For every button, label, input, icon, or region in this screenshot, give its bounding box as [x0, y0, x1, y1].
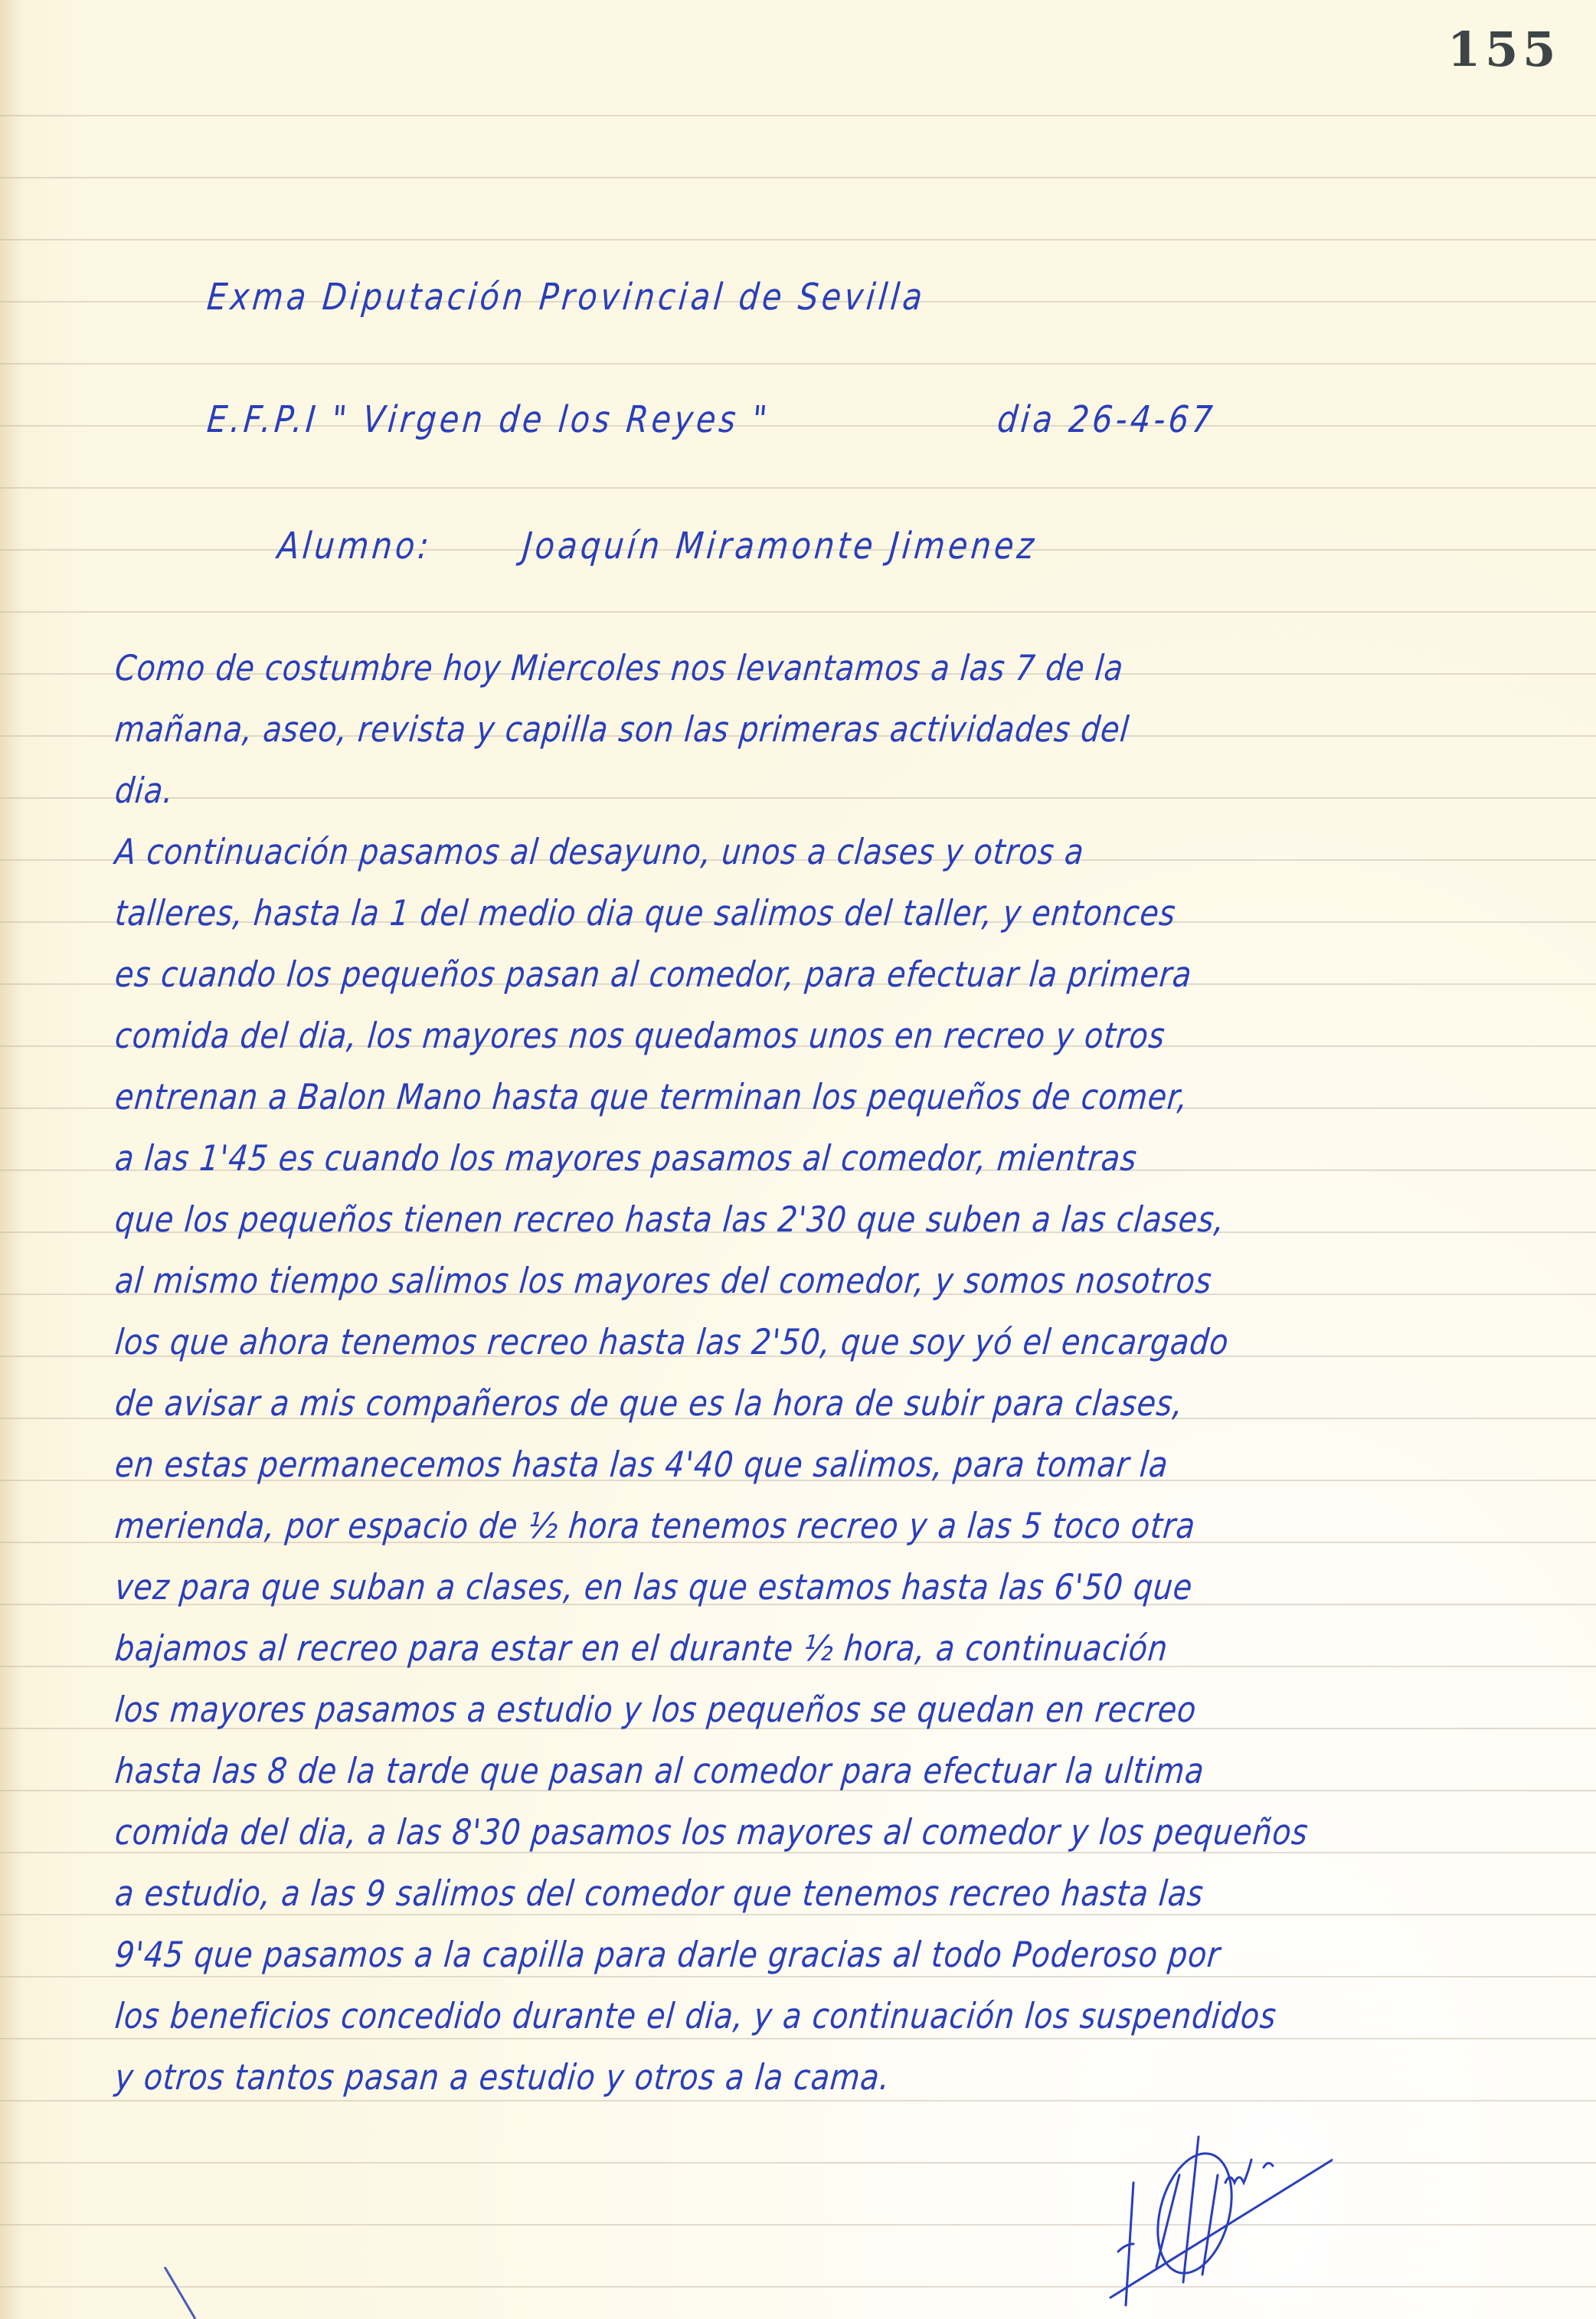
diary-line: a las 1'45 es cuando los mayores pasamos… — [113, 1137, 1139, 1179]
diary-line: 9'45 que pasamos a la capilla para darle… — [113, 1934, 1222, 1975]
diary-line: vez para que suban a clases, en las que … — [113, 1566, 1195, 1608]
document-date: dia 26-4-67 — [996, 398, 1218, 441]
diary-line: que los pequeños tienen recreo hasta las… — [113, 1199, 1227, 1240]
diary-line: los beneficios concedido durante el dia,… — [113, 1995, 1278, 2036]
pen-mark — [0, 2267, 199, 2319]
ruled-line — [0, 1976, 1596, 1977]
ruled-line — [0, 2224, 1596, 2226]
ruled-line — [0, 611, 1596, 613]
ruled-line — [0, 177, 1596, 178]
school-name: E.F.P.I " Virgen de los Reyes " — [205, 398, 772, 441]
diary-line: A continuación pasamos al desayuno, unos… — [113, 831, 1086, 872]
ruled-line — [0, 239, 1596, 240]
diary-line: merienda, por espacio de ½ hora tenemos … — [113, 1505, 1197, 1546]
institution-heading: Exma Diputación Provincial de Sevilla — [205, 276, 927, 319]
diary-line: de avisar a mis compañeros de que es la … — [113, 1382, 1185, 1424]
page-number: 155 — [1447, 21, 1560, 77]
diary-line: Como de costumbre hoy Miercoles nos leva… — [113, 647, 1126, 689]
diary-line: y otros tantos pasan a estudio y otros a… — [113, 2056, 892, 2098]
ruled-line — [0, 2162, 1596, 2164]
diary-line: mañana, aseo, revista y capilla son las … — [113, 708, 1131, 750]
diary-line: es cuando los pequeños pasan al comedor,… — [113, 953, 1194, 995]
student-label: Alumno: — [276, 525, 434, 567]
ruled-line — [0, 363, 1596, 365]
ruled-line — [0, 1914, 1596, 1915]
ruled-line — [0, 2286, 1596, 2288]
diary-line: entrenan a Balon Mano hasta que terminan… — [113, 1076, 1190, 1117]
ruled-line — [0, 115, 1596, 116]
diary-line: a estudio, a las 9 salimos del comedor q… — [113, 1873, 1205, 1914]
signature — [1103, 2129, 1333, 2313]
ruled-line — [0, 2038, 1596, 2039]
diary-line: bajamos al recreo para estar en el duran… — [113, 1627, 1169, 1669]
ruled-line — [0, 487, 1596, 489]
diary-line: dia. — [113, 770, 175, 811]
document-page: 155 Exma Diputación Provincial de Sevill… — [0, 0, 1596, 2319]
diary-line: en estas permanecemos hasta las 4'40 que… — [113, 1444, 1170, 1485]
diary-line: talleres, hasta la 1 del medio dia que s… — [113, 892, 1178, 934]
diary-line: hasta las 8 de la tarde que pasan al com… — [113, 1750, 1206, 1791]
diary-line: comida del dia, a las 8'30 pasamos los m… — [113, 1811, 1310, 1853]
diary-line: los que ahora tenemos recreo hasta las 2… — [113, 1321, 1231, 1362]
ruled-line — [0, 2100, 1596, 2101]
diary-line: al mismo tiempo salimos los mayores del … — [113, 1260, 1214, 1301]
ruled-line — [0, 797, 1596, 799]
student-name: Joaquín Miramonte Jimenez — [521, 525, 1039, 567]
diary-line: los mayores pasamos a estudio y los pequ… — [113, 1689, 1199, 1730]
diary-line: comida del dia, los mayores nos quedamos… — [113, 1015, 1167, 1056]
